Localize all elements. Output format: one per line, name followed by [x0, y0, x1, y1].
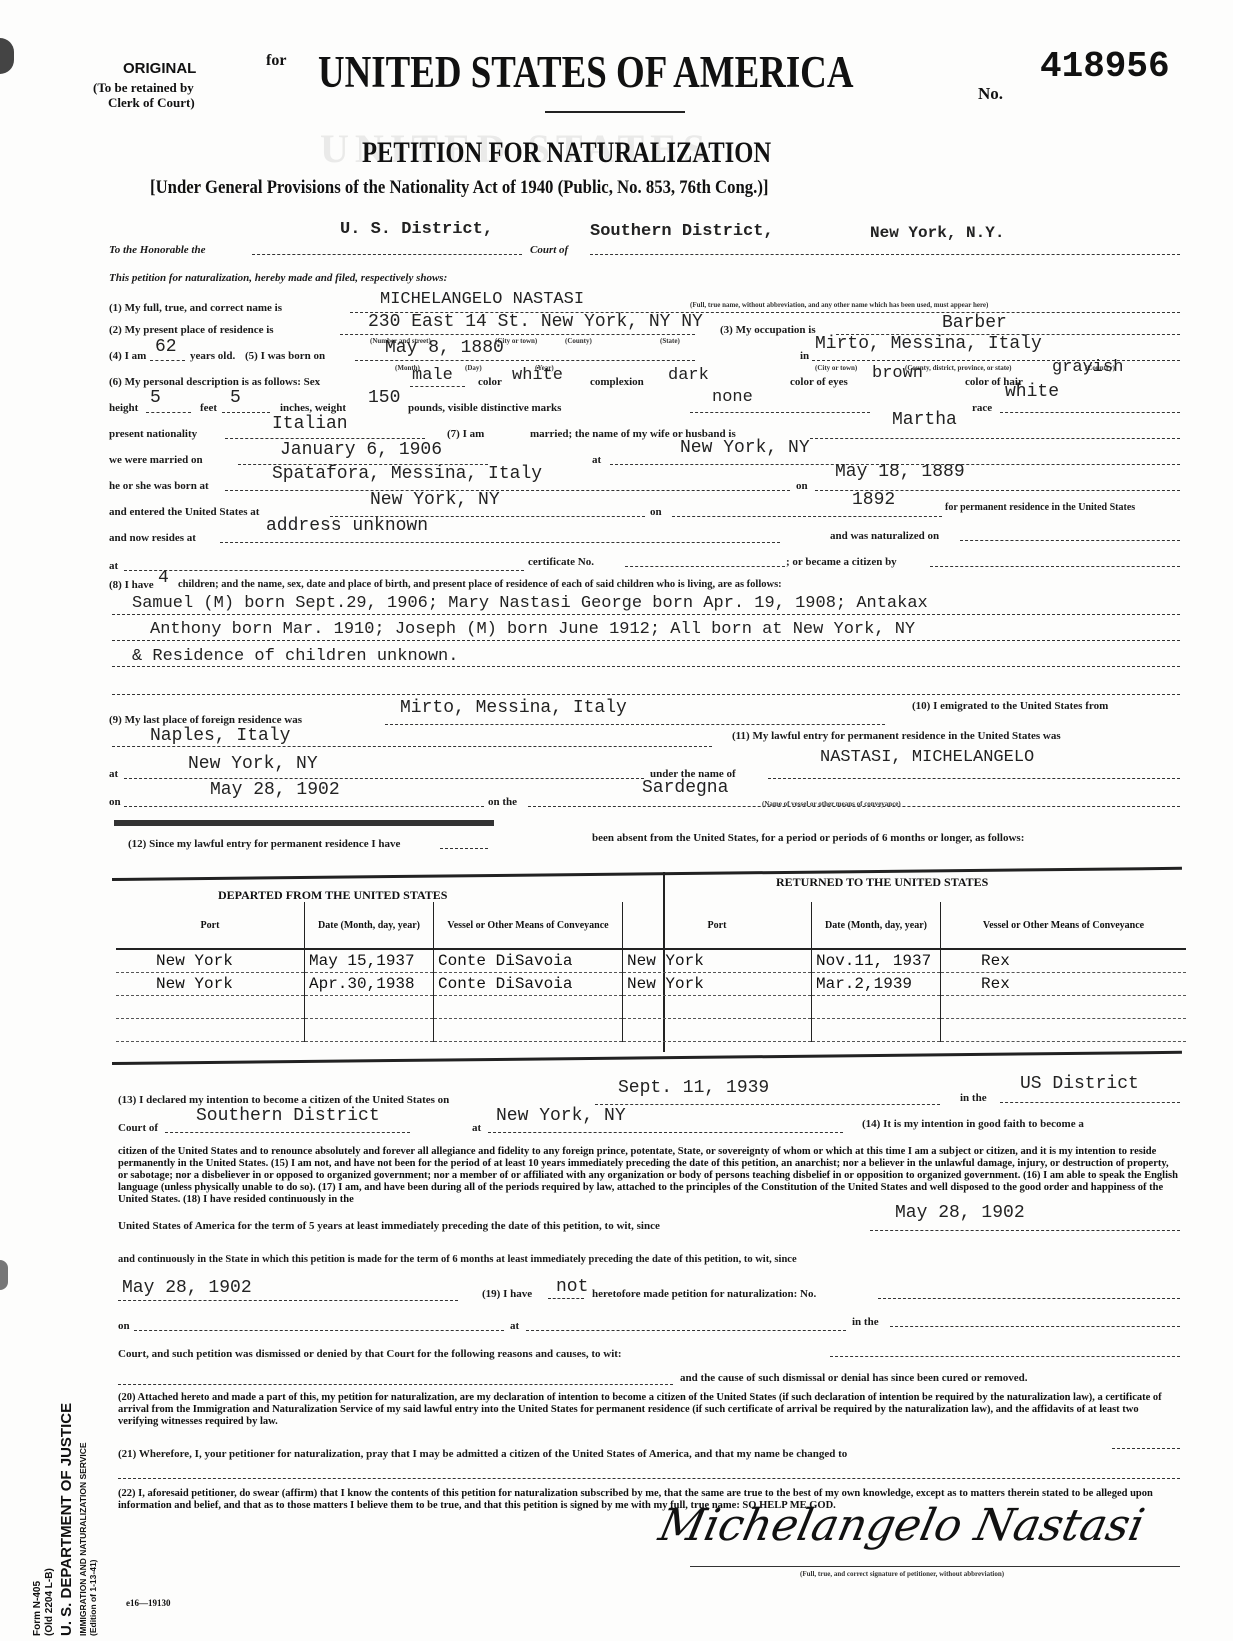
- q14-label: (14) It is my intention in good faith to…: [862, 1118, 1084, 1130]
- vessel-value: Sardegna: [642, 778, 728, 798]
- cell: Conte DiSavoia: [434, 949, 623, 973]
- cell: Apr.30,1938: [305, 973, 434, 996]
- cell: Rex: [941, 949, 1187, 973]
- retained-note-2: Clerk of Court): [108, 95, 195, 111]
- table-row: [116, 1019, 1186, 1042]
- col-date-returned: Date (Month, day, year): [812, 902, 941, 949]
- vessel-sub: (Name of vessel or other means of convey…: [762, 800, 901, 808]
- spouse-born-on-label: on: [796, 480, 808, 492]
- to-honorable-label: To the Honorable the: [109, 244, 205, 256]
- born-in-label: in: [800, 350, 809, 362]
- residence-state-label: and continuously in the State in which t…: [118, 1254, 797, 1265]
- struck-out-line: [114, 820, 494, 826]
- cured-text: and the cause of such dismissal or denia…: [680, 1372, 1028, 1384]
- birth-place-value: Mirto, Messina, Italy: [815, 334, 1042, 354]
- children-label: children; and the name, sex, date and pl…: [178, 579, 782, 590]
- side-old-form: (Old 2204 L-B): [44, 1568, 55, 1636]
- entry-place-value: New York, NY: [188, 754, 318, 774]
- cell: Conte DiSavoia: [434, 973, 623, 996]
- q1-note: (Full, true name, without abbreviation, …: [690, 301, 988, 309]
- q7-label: (7) I am: [447, 428, 484, 440]
- hair-value: grayish: [1052, 358, 1123, 377]
- inches-label: inches, weight: [280, 402, 346, 414]
- entry-name-value: NASTASI, MICHELANGELO: [820, 748, 1034, 767]
- residence-us-label: United States of America for the term of…: [118, 1220, 660, 1232]
- signature-caption: (Full, true, and correct signature of pe…: [800, 1570, 1004, 1578]
- q11-label: (11) My lawful entry for permanent resid…: [732, 730, 1061, 742]
- cell: [623, 1019, 812, 1042]
- petition-intro: This petition for naturalization, hereby…: [109, 272, 447, 284]
- q9-label: (9) My last place of foreign residence w…: [109, 714, 302, 726]
- q10-label: (10) I emigrated to the United States fr…: [912, 700, 1108, 712]
- entry-date-value: May 28, 1902: [210, 780, 340, 800]
- court-of-label: Court of: [530, 244, 568, 256]
- naturalized-at-label: at: [109, 560, 118, 572]
- court-location: New York, N.Y.: [870, 224, 1004, 242]
- cell: New York: [116, 949, 305, 973]
- nationality-value: Italian: [272, 414, 348, 434]
- court-of-label-2: Court of: [118, 1122, 158, 1134]
- q19-rest: heretofore made petition for naturalizat…: [592, 1288, 816, 1300]
- sub-day: (Day): [465, 364, 482, 372]
- side-edition: (Edition of 1-13-41): [88, 1559, 98, 1636]
- cell: [812, 996, 941, 1019]
- table-row: New York Apr.30,1938 Conte DiSavoia New …: [116, 973, 1186, 996]
- cell: [941, 996, 1187, 1019]
- declared-at-label: at: [472, 1122, 481, 1134]
- cell: [434, 1019, 623, 1042]
- cell: New York: [116, 973, 305, 996]
- title-rule: [545, 111, 685, 113]
- q1-label: (1) My full, true, and correct name is: [109, 302, 282, 314]
- children-line-1: Samuel (M) born Sept.29, 1906; Mary Nast…: [132, 594, 928, 613]
- q4-label: (4) I am: [109, 350, 146, 362]
- emigrated-from-value: Naples, Italy: [150, 726, 290, 746]
- race-label: race: [972, 402, 992, 414]
- married-at-label: at: [592, 454, 601, 466]
- declared-on-value: Sept. 11, 1939: [618, 1078, 769, 1098]
- q12-label: (12) Since my lawful entry for permanent…: [128, 838, 400, 850]
- spouse-born-label: he or she was born at: [109, 480, 209, 492]
- declared-court-value: US District: [1020, 1074, 1139, 1094]
- for-mark: for: [266, 52, 286, 70]
- prior-petition-at-label: at: [510, 1320, 519, 1332]
- cell: [941, 1019, 1187, 1042]
- petitioner-signature: Michelangelo Nastasi: [655, 1500, 1149, 1551]
- children-count-value: 4: [158, 568, 169, 588]
- on-the-label: on the: [488, 796, 517, 808]
- color-value: white: [512, 366, 563, 385]
- col-date-departed: Date (Month, day, year): [305, 902, 434, 949]
- q3-label: (3) My occupation is: [720, 324, 816, 336]
- occupation-value: Barber: [942, 313, 1007, 333]
- declared-court-of-value: Southern District: [196, 1106, 380, 1126]
- cell: Nov.11, 1937: [812, 949, 941, 973]
- nationality-label: present nationality: [109, 428, 197, 440]
- cell: Rex: [941, 973, 1187, 996]
- cell: [116, 1019, 305, 1042]
- permanent-residence-label: for permanent residence in the United St…: [945, 502, 1135, 513]
- q13-label: (13) I declared my intention to become a…: [118, 1094, 449, 1106]
- q19-value: not: [556, 1277, 588, 1297]
- retained-note-1: (To be retained by: [93, 80, 194, 96]
- travel-header-row: Port Date (Month, day, year) Vessel or O…: [116, 902, 1186, 949]
- entry-on-label: on: [109, 796, 121, 808]
- cell: [812, 1019, 941, 1042]
- court-district: Southern District,: [590, 222, 774, 241]
- q2-label: (2) My present place of residence is: [109, 324, 274, 336]
- col-vessel-returned: Vessel or Other Means of Conveyance: [941, 902, 1187, 949]
- table-row: New York May 15,1937 Conte DiSavoia New …: [116, 949, 1186, 973]
- cell: New York: [623, 949, 812, 973]
- cell: [116, 996, 305, 1019]
- q21-text: (21) Wherefore, I, your petitioner for n…: [118, 1448, 847, 1460]
- in-the-label: in the: [960, 1092, 987, 1104]
- children-line-2: Anthony born Mar. 1910; Joseph (M) born …: [150, 620, 915, 639]
- now-resides-label: and now resides at: [109, 532, 196, 544]
- cell: [623, 996, 812, 1019]
- spouse-entry-year-value: 1892: [852, 490, 895, 510]
- age-value: 62: [155, 337, 177, 357]
- q19-label: (19) I have: [482, 1288, 532, 1300]
- sub-county: (County): [565, 337, 592, 345]
- pounds-label: pounds, visible distinctive marks: [408, 402, 561, 414]
- full-name-value: MICHELANGELO NASTASI: [380, 290, 584, 309]
- spouse-entry-place-value: New York, NY: [370, 490, 500, 510]
- side-service: IMMIGRATION AND NATURALIZATION SERVICE: [78, 1442, 88, 1636]
- prior-petition-in-the-label: in the: [852, 1316, 879, 1328]
- certificate-label: certificate No.: [528, 556, 594, 568]
- print-code: e16—19130: [126, 1598, 171, 1608]
- q8-label: (8) I have: [109, 579, 154, 591]
- years-old-label: years old.: [190, 350, 235, 362]
- entry-at-label: at: [109, 768, 118, 780]
- sub-state: (State): [660, 337, 680, 345]
- eyes-label: color of eyes: [790, 376, 848, 388]
- form-title: PETITION FOR NATURALIZATION: [362, 136, 771, 170]
- marks-value: none: [712, 388, 753, 407]
- q20-paragraph: (20) Attached hereto and made a part of …: [118, 1392, 1180, 1428]
- departed-header: DEPARTED FROM THE UNITED STATES: [218, 888, 447, 903]
- punch-hole-mark: [0, 1260, 8, 1290]
- married-on-value: January 6, 1906: [280, 440, 442, 460]
- declared-at-value: New York, NY: [496, 1106, 626, 1126]
- col-vessel-departed: Vessel or Other Means of Conveyance: [434, 902, 623, 949]
- entered-us-label: and entered the United States at: [109, 506, 259, 518]
- allegiance-paragraph: citizen of the United States and to reno…: [118, 1146, 1180, 1206]
- birth-date-value: May 8, 1880: [385, 338, 504, 358]
- punch-hole-mark: [0, 38, 14, 74]
- cell: [434, 996, 623, 1019]
- q6-label: (6) My personal description is as follow…: [109, 376, 320, 388]
- race-value: white: [1005, 382, 1059, 402]
- col-port-returned: Port: [623, 902, 812, 949]
- last-foreign-residence-value: Mirto, Messina, Italy: [400, 698, 627, 718]
- col-port-departed: Port: [116, 902, 305, 949]
- number-label: No.: [978, 84, 1003, 104]
- became-citizen-label: ; or became a citizen by: [786, 556, 897, 568]
- complexion-value: dark: [668, 366, 709, 385]
- table-bottom-rule: [112, 1051, 1182, 1065]
- color-label: color: [478, 376, 502, 388]
- denied-text: Court, and such petition was dismissed o…: [118, 1348, 622, 1360]
- spouse-birth-place-value: Spatafora, Messina, Italy: [272, 464, 542, 484]
- entered-on-label: on: [650, 506, 662, 518]
- residence-state-since-value: May 28, 1902: [122, 1278, 252, 1298]
- spouse-residence-value: address unknown: [266, 516, 428, 536]
- form-subtitle: [Under General Provisions of the Nationa…: [150, 177, 768, 199]
- weight-value: 150: [368, 388, 400, 408]
- married-at-value: New York, NY: [680, 438, 810, 458]
- side-form-number: Form N-405: [32, 1581, 43, 1636]
- spouse-birth-date-value: May 18, 1889: [835, 462, 965, 482]
- residence-us-since-value: May 28, 1902: [895, 1203, 1025, 1223]
- height-feet-value: 5: [150, 388, 161, 408]
- sub-city-town: (City or town): [815, 364, 857, 372]
- cell: [305, 1019, 434, 1042]
- side-department: U. S. DEPARTMENT OF JUSTICE: [58, 1403, 75, 1636]
- complexion-label: complexion: [590, 376, 644, 388]
- cell: May 15,1937: [305, 949, 434, 973]
- country-title: UNITED STATES OF AMERICA: [318, 46, 853, 98]
- eyes-value: brown: [872, 364, 923, 383]
- returned-header: RETURNED TO THE UNITED STATES: [776, 875, 988, 890]
- petition-number: 418956: [1040, 46, 1170, 87]
- travel-table: Port Date (Month, day, year) Vessel or O…: [116, 902, 1186, 1042]
- cell: [305, 996, 434, 1019]
- spouse-name-value: Martha: [892, 410, 957, 430]
- feet-label: feet: [200, 402, 217, 414]
- naturalized-on-label: and was naturalized on: [830, 530, 939, 542]
- cell: Mar.2,1939: [812, 973, 941, 996]
- original-label: ORIGINAL: [123, 60, 196, 77]
- q12-rest: been absent from the United States, for …: [592, 832, 1024, 844]
- married-on-label: we were married on: [109, 454, 203, 466]
- sex-value: male: [412, 366, 453, 385]
- cell: New York: [623, 973, 812, 996]
- residence-value: 230 East 14 St. New York, NY NY: [368, 312, 703, 332]
- height-label: height: [109, 402, 138, 414]
- naturalization-petition-page: ORIGINAL (To be retained by Clerk of Cou…: [0, 0, 1233, 1641]
- children-line-3: & Residence of children unknown.: [132, 647, 458, 666]
- height-inches-value: 5: [230, 388, 241, 408]
- court-type: U. S. District,: [340, 220, 493, 239]
- table-top-rule: [112, 867, 1182, 881]
- table-row: [116, 996, 1186, 1019]
- q5-label: (5) I was born on: [245, 350, 325, 362]
- prior-petition-on-label: on: [118, 1320, 130, 1332]
